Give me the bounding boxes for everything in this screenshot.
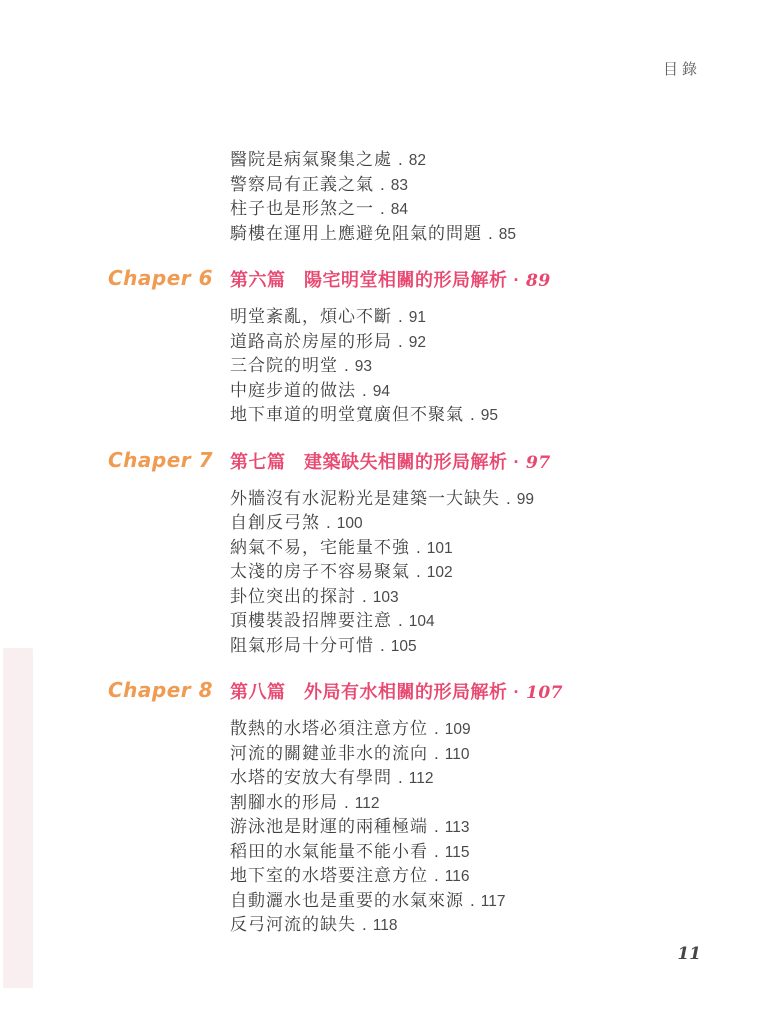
chapter-label: Chaper 7 xyxy=(108,447,213,473)
entry-page: 115 xyxy=(445,844,470,861)
entry-separator: . xyxy=(344,793,349,812)
chapter-heading: Chaper 8 第八篇 外局有水相關的形局解析·107 xyxy=(230,679,710,705)
entry-separator: . xyxy=(434,842,439,861)
entry-page: 93 xyxy=(355,358,372,375)
entry-separator: . xyxy=(488,224,493,243)
toc-entry: 自動灑水也是重要的水氣來源.117 xyxy=(230,889,710,914)
entry-separator: . xyxy=(362,381,367,400)
toc-header-label: 目錄 xyxy=(663,58,701,79)
entry-title: 醫院是病氣聚集之處 xyxy=(230,150,392,169)
entry-page: 94 xyxy=(373,383,390,400)
chapter-title: 第七篇 建築缺失相關的形局解析·97 xyxy=(230,452,551,472)
entry-title: 自創反弓煞 xyxy=(230,513,320,532)
entry-separator: . xyxy=(416,538,421,557)
entry-title: 道路高於房屋的形局 xyxy=(230,332,392,351)
entry-separator: . xyxy=(470,891,475,910)
entry-separator: . xyxy=(362,915,367,934)
entry-separator: . xyxy=(398,768,403,787)
book-toc-page: 目錄 醫院是病氣聚集之處.82 警察局有正義之氣.83 柱子也是形煞之一.84 … xyxy=(0,0,757,1024)
entry-page: 109 xyxy=(445,721,471,738)
chapter-separator: · xyxy=(514,682,521,702)
chapter-heading: Chaper 6 第六篇 陽宅明堂相關的形局解析·89 xyxy=(230,267,710,293)
folio-page-number: 11 xyxy=(677,944,701,964)
entry-title: 納氣不易，宅能量不強 xyxy=(230,538,410,557)
entry-title: 柱子也是形煞之一 xyxy=(230,199,374,218)
toc: 醫院是病氣聚集之處.82 警察局有正義之氣.83 柱子也是形煞之一.84 騎樓在… xyxy=(230,148,710,938)
entry-title: 割腳水的形局 xyxy=(230,793,338,812)
chapter-label: Chaper 6 xyxy=(108,265,213,291)
toc-section: Chaper 7 第七篇 建築缺失相關的形局解析·97 外牆沒有水泥粉光是建築一… xyxy=(230,449,710,659)
entry-page: 102 xyxy=(427,564,453,581)
entry-page: 117 xyxy=(481,893,506,910)
toc-entry: 三合院的明堂.93 xyxy=(230,354,710,379)
entry-title: 明堂紊亂，煩心不斷 xyxy=(230,307,392,326)
entry-separator: . xyxy=(434,719,439,738)
toc-entry: 阻氣形局十分可惜.105 xyxy=(230,634,710,659)
entry-title: 卦位突出的探討 xyxy=(230,587,356,606)
entry-page: 101 xyxy=(427,540,453,557)
toc-entry: 中庭步道的做法.94 xyxy=(230,379,710,404)
entry-page: 104 xyxy=(409,613,435,630)
entry-title: 水塔的安放大有學問 xyxy=(230,768,392,787)
toc-entry: 游泳池是財運的兩種極端.113 xyxy=(230,815,710,840)
entry-title: 太淺的房子不容易聚氣 xyxy=(230,562,410,581)
entry-title: 頂樓裝設招牌要注意 xyxy=(230,611,392,630)
entry-page: 110 xyxy=(445,746,470,763)
entry-page: 95 xyxy=(481,407,498,424)
entry-page: 103 xyxy=(373,589,399,606)
entry-separator: . xyxy=(416,562,421,581)
entry-page: 118 xyxy=(373,917,398,934)
toc-entry: 河流的關鍵並非水的流向.110 xyxy=(230,742,710,767)
toc-entry: 卦位突出的探討.103 xyxy=(230,585,710,610)
entry-separator: . xyxy=(344,356,349,375)
entry-page: 113 xyxy=(445,819,470,836)
entry-title: 三合院的明堂 xyxy=(230,356,338,375)
entries-list: 散熱的水塔必須注意方位.109 河流的關鍵並非水的流向.110 水塔的安放大有學… xyxy=(230,717,710,938)
entry-page: 92 xyxy=(409,334,426,351)
toc-entry: 太淺的房子不容易聚氣.102 xyxy=(230,560,710,585)
chapter-separator: · xyxy=(514,270,521,290)
chapter-title-text: 第七篇 建築缺失相關的形局解析 xyxy=(230,452,508,472)
toc-entry: 地下室的水塔要注意方位.116 xyxy=(230,864,710,889)
entry-separator: . xyxy=(380,636,385,655)
toc-entry: 割腳水的形局.112 xyxy=(230,791,710,816)
chapter-separator: · xyxy=(514,452,521,472)
chapter-title: 第六篇 陽宅明堂相關的形局解析·89 xyxy=(230,270,551,290)
entry-separator: . xyxy=(326,513,331,532)
toc-section: Chaper 8 第八篇 外局有水相關的形局解析·107 散熱的水塔必須注意方位… xyxy=(230,679,710,938)
toc-entry: 頂樓裝設招牌要注意.104 xyxy=(230,609,710,634)
entry-title: 阻氣形局十分可惜 xyxy=(230,636,374,655)
toc-section: Chaper 6 第六篇 陽宅明堂相關的形局解析·89 明堂紊亂，煩心不斷.91… xyxy=(230,267,710,428)
entry-page: 91 xyxy=(409,309,426,326)
chapter-label: Chaper 8 xyxy=(108,677,213,703)
toc-entry: 警察局有正義之氣.83 xyxy=(230,173,710,198)
toc-entry: 散熱的水塔必須注意方位.109 xyxy=(230,717,710,742)
entry-separator: . xyxy=(470,405,475,424)
entry-title: 自動灑水也是重要的水氣來源 xyxy=(230,891,464,910)
entry-title: 地下室的水塔要注意方位 xyxy=(230,866,428,885)
chapter-page: 97 xyxy=(526,453,551,473)
entries-list: 明堂紊亂，煩心不斷.91 道路高於房屋的形局.92 三合院的明堂.93 中庭步道… xyxy=(230,305,710,428)
entry-page: 84 xyxy=(391,201,408,218)
chapter-page: 107 xyxy=(526,683,563,703)
entry-page: 100 xyxy=(337,515,363,532)
chapter-page: 89 xyxy=(526,271,551,291)
entry-separator: . xyxy=(434,744,439,763)
entry-separator: . xyxy=(506,489,511,508)
toc-entry: 道路高於房屋的形局.92 xyxy=(230,330,710,355)
entry-separator: . xyxy=(380,199,385,218)
entry-page: 105 xyxy=(391,638,417,655)
entry-title: 中庭步道的做法 xyxy=(230,381,356,400)
chapter-title: 第八篇 外局有水相關的形局解析·107 xyxy=(230,682,563,702)
entry-separator: . xyxy=(434,817,439,836)
entry-page: 82 xyxy=(409,152,426,169)
toc-section: 醫院是病氣聚集之處.82 警察局有正義之氣.83 柱子也是形煞之一.84 騎樓在… xyxy=(230,148,710,246)
side-tab xyxy=(3,648,33,988)
entry-title: 游泳池是財運的兩種極端 xyxy=(230,817,428,836)
entry-title: 散熱的水塔必須注意方位 xyxy=(230,719,428,738)
entry-title: 河流的關鍵並非水的流向 xyxy=(230,744,428,763)
toc-entry: 柱子也是形煞之一.84 xyxy=(230,197,710,222)
entry-page: 112 xyxy=(355,795,380,812)
toc-entry: 水塔的安放大有學問.112 xyxy=(230,766,710,791)
toc-entry: 納氣不易，宅能量不強.101 xyxy=(230,536,710,561)
toc-entry: 稻田的水氣能量不能小看.115 xyxy=(230,840,710,865)
entry-page: 85 xyxy=(499,226,516,243)
entry-page: 99 xyxy=(517,491,534,508)
entry-title: 警察局有正義之氣 xyxy=(230,175,374,194)
entries-list: 外牆沒有水泥粉光是建築一大缺失.99 自創反弓煞.100 納氣不易，宅能量不強.… xyxy=(230,487,710,659)
entry-separator: . xyxy=(362,587,367,606)
entry-page: 112 xyxy=(409,770,434,787)
entry-title: 反弓河流的缺失 xyxy=(230,915,356,934)
entry-title: 外牆沒有水泥粉光是建築一大缺失 xyxy=(230,489,500,508)
toc-entry: 反弓河流的缺失.118 xyxy=(230,913,710,938)
entry-separator: . xyxy=(398,332,403,351)
toc-entry: 地下車道的明堂寬廣但不聚氣.95 xyxy=(230,403,710,428)
chapter-title-text: 第六篇 陽宅明堂相關的形局解析 xyxy=(230,270,508,290)
entry-title: 地下車道的明堂寬廣但不聚氣 xyxy=(230,405,464,424)
entry-separator: . xyxy=(398,307,403,326)
toc-entry: 外牆沒有水泥粉光是建築一大缺失.99 xyxy=(230,487,710,512)
entry-page: 83 xyxy=(391,177,408,194)
entry-separator: . xyxy=(434,866,439,885)
toc-entry: 醫院是病氣聚集之處.82 xyxy=(230,148,710,173)
toc-entry: 明堂紊亂，煩心不斷.91 xyxy=(230,305,710,330)
toc-entry: 騎樓在運用上應避免阻氣的問題.85 xyxy=(230,222,710,247)
entry-page: 116 xyxy=(445,868,470,885)
entry-separator: . xyxy=(398,611,403,630)
entry-title: 稻田的水氣能量不能小看 xyxy=(230,842,428,861)
chapter-title-text: 第八篇 外局有水相關的形局解析 xyxy=(230,682,508,702)
entry-title: 騎樓在運用上應避免阻氣的問題 xyxy=(230,224,482,243)
toc-entry: 自創反弓煞.100 xyxy=(230,511,710,536)
entry-separator: . xyxy=(380,175,385,194)
chapter-heading: Chaper 7 第七篇 建築缺失相關的形局解析·97 xyxy=(230,449,710,475)
entry-separator: . xyxy=(398,150,403,169)
